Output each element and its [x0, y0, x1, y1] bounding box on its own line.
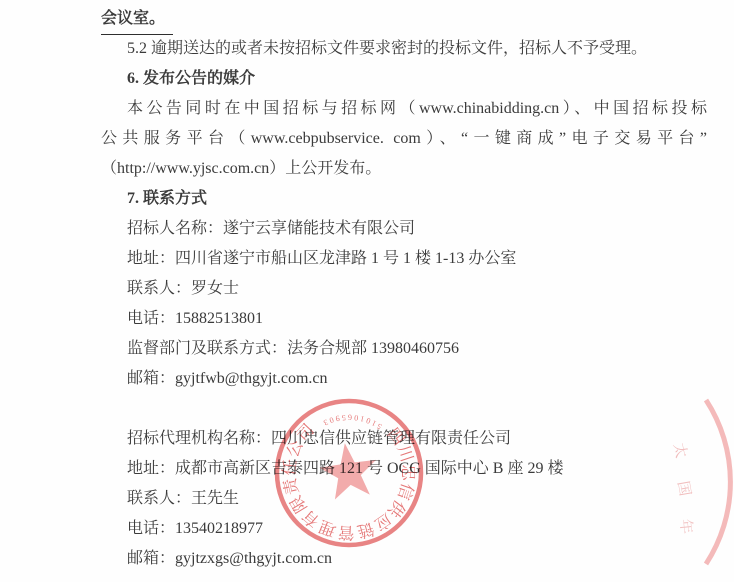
document-page: 会议室。 5.2 逾期送达的或者未按招标文件要求密封的投标文件，招标人不予受理。…: [0, 0, 734, 582]
company-seal-stamp: 四川忠信供应链管理有限责任公司 5101065903: [267, 391, 431, 555]
tenderer-name: 招标人名称：遂宁云享储能技术有限公司: [101, 214, 707, 244]
carryover-heading-text: 会议室。: [101, 4, 173, 35]
section6-heading: 6. 发布公告的媒介: [101, 64, 707, 94]
tenderer-phone: 电话：15882513801: [101, 304, 707, 334]
section7-heading: 7. 联系方式: [101, 184, 707, 214]
edge-seal-char-3: 年: [676, 518, 695, 535]
seal-serial-number: 5101065903: [319, 411, 384, 431]
edge-seal-char-2: 国: [674, 480, 693, 498]
seal-star-icon: [317, 439, 381, 501]
carryover-heading: 会议室。: [101, 4, 707, 34]
partial-edge-seal: 太 国 年: [660, 392, 734, 582]
tenderer-address: 地址：四川省遂宁市船山区龙津路 1 号 1 楼 1-13 办公室: [101, 244, 707, 274]
announcement-paragraph-line2: 公共服务平台（www.cebpubservice. com）、“一键商成”电子交…: [101, 124, 707, 154]
edge-seal-arc: [706, 400, 730, 564]
clause-5-2: 5.2 逾期送达的或者未按招标文件要求密封的投标文件，招标人不予受理。: [101, 34, 707, 64]
announcement-paragraph-line1: 本公告同时在中国招标与招标网（www.chinabidding.cn）、中国招标…: [101, 94, 707, 124]
edge-seal-char-1: 太: [670, 441, 690, 459]
tenderer-contact: 联系人：罗女士: [101, 274, 707, 304]
announcement-paragraph-line3: （http://www.yjsc.com.cn）上公开发布。: [101, 154, 707, 184]
tenderer-supervision: 监督部门及联系方式：法务合规部 13980460756: [101, 334, 707, 364]
tenderer-email: 邮箱：gyjtfwb@thgyjt.com.cn: [101, 364, 707, 394]
